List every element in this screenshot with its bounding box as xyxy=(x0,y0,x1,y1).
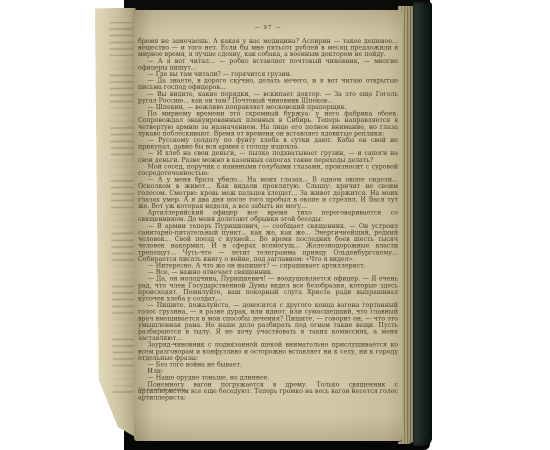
paragraph: — И хлеб на свои деньги, — пылко подхват… xyxy=(138,150,398,163)
paragraph: — Да, он молодчина, Пуришкевич! — воодуш… xyxy=(138,275,398,301)
book-page: — 97 — бремя не замечаешь. А какая у нас… xyxy=(134,10,402,441)
paragraph: Мой сосед, поручик с наивными голубыми г… xyxy=(138,163,398,176)
footer-signature-number: 7 xyxy=(351,387,354,393)
paragraph: — Русскому солдату по фунту хлеба в сутк… xyxy=(138,137,398,150)
footer-running-title: По следам войны. xyxy=(138,387,187,393)
page-footer: По следам войны. 7 xyxy=(138,387,398,393)
paragraph: Зауряд-чиновник с подвязанной щекой вним… xyxy=(138,341,398,361)
previous-page-text-fragments xyxy=(109,22,137,394)
paragraph: — Да знаете, в дороге скучно, делать неч… xyxy=(138,77,398,90)
paragraph: — А у меня брата убило... На моих глазах… xyxy=(138,176,398,209)
paragraph: — А я вот читал... — робко вставляет поч… xyxy=(138,57,398,70)
page-content: — 97 — бремя не замечаешь. А какая у нас… xyxy=(138,24,398,401)
book-back-cover xyxy=(413,2,432,446)
paragraph: — В армии теперь Пуришкевич, — сообщает … xyxy=(138,222,398,262)
paragraph: — Вы видите, какие порядки, — вскипает д… xyxy=(138,90,398,103)
page-number: — 97 — xyxy=(138,24,398,31)
paragraph: — Без того война не бывает. xyxy=(138,361,398,368)
page-text: бремя не замечаешь. А какая у нас медици… xyxy=(138,38,398,401)
photo-of-open-book: — 97 — бремя не замечаешь. А какая у нас… xyxy=(0,0,550,450)
paragraph: — Пишите, пожалуйста, — доносится с друг… xyxy=(138,302,398,342)
paragraph: По мирному времени это скромный буржуа: … xyxy=(138,110,398,136)
paragraph: бремя не замечаешь. А какая у нас медици… xyxy=(138,38,398,58)
paragraph: Артиллерийский офицер все время тихо пер… xyxy=(138,209,398,222)
